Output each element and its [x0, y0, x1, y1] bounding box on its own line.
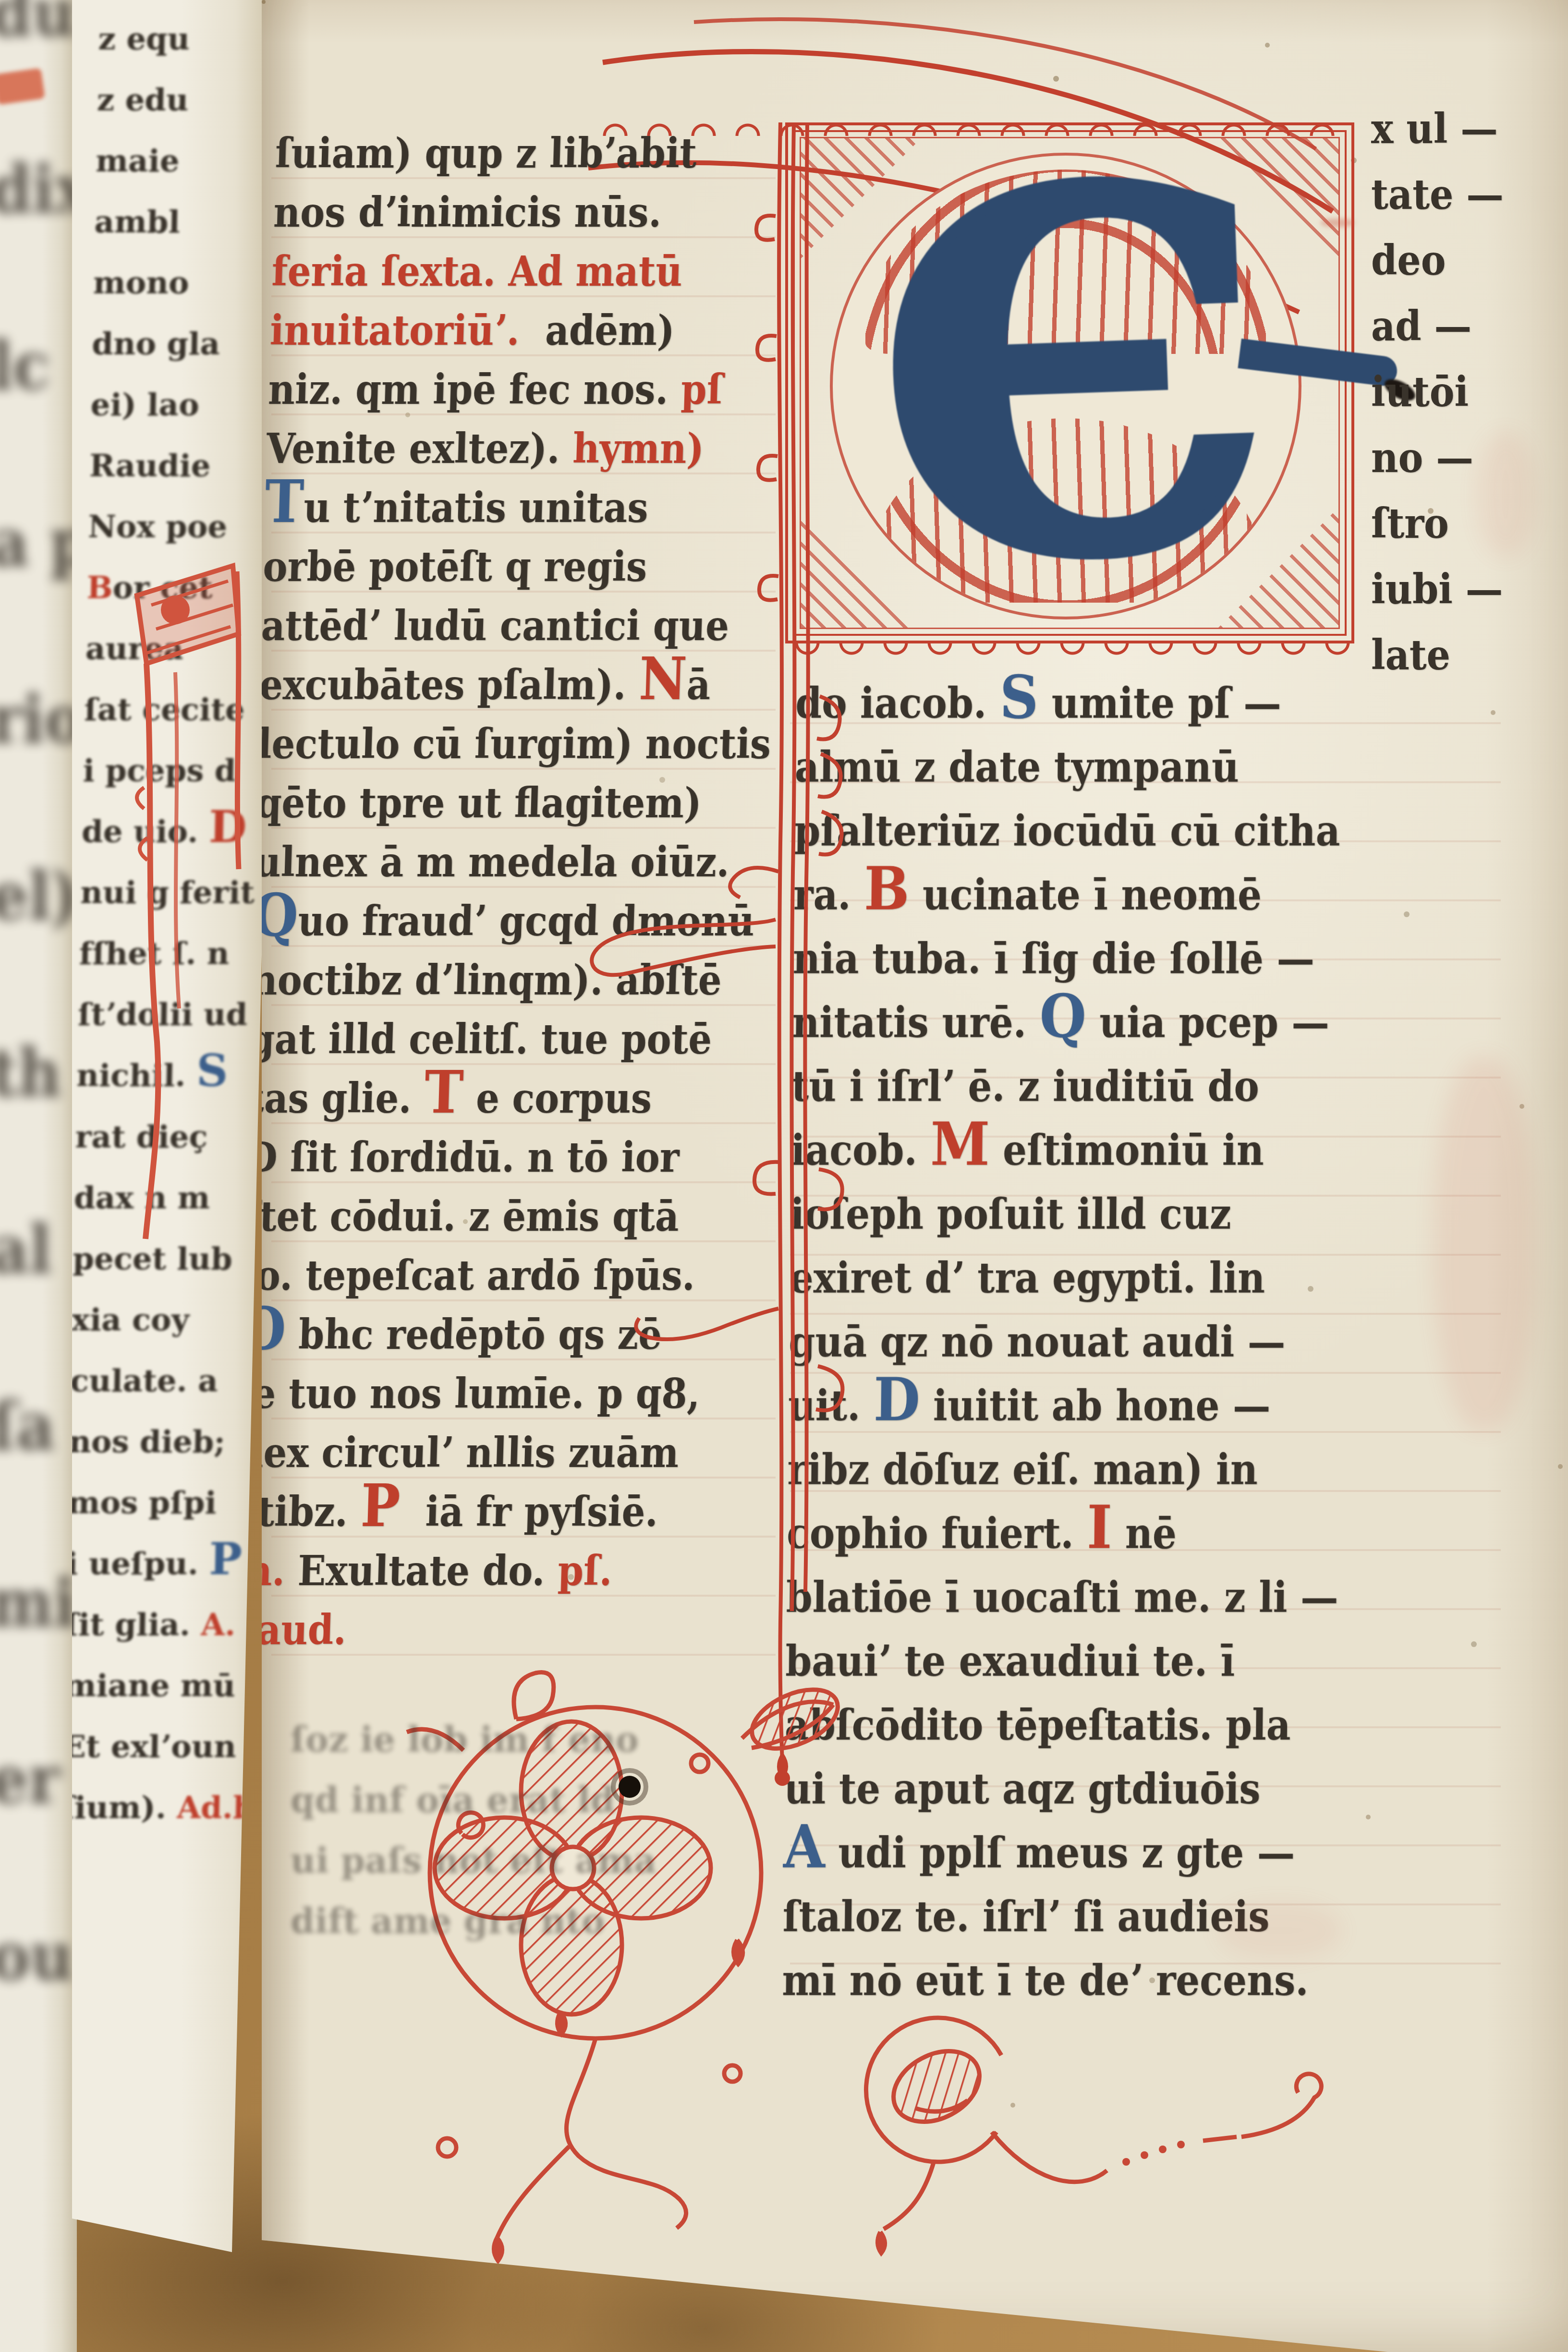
- text-line: x ul —: [1371, 94, 1525, 165]
- illuminated-initial-block: Є: [785, 122, 1354, 643]
- text-line: ad —: [1371, 291, 1525, 362]
- text-line: cophio fuiert. I nē: [786, 1499, 1476, 1568]
- red-offset-stain: [1434, 1056, 1534, 1431]
- text-line: ribz dōſuz eiſ. man) in: [787, 1435, 1477, 1504]
- text-line: nos dieb;: [68, 1411, 247, 1472]
- initial-frame-outer: Є: [785, 122, 1354, 643]
- right-text-column: do iacob. S umite pſ —almū z date tympan…: [782, 671, 1507, 2013]
- red-offset-stain: [1321, 218, 1354, 227]
- ghost-showthrough-text: ſoz ie lob im f enoqd inf oīa erat ldui …: [291, 1709, 747, 1952]
- text-line: z edu: [97, 70, 276, 131]
- text-line: culate. a: [70, 1350, 249, 1411]
- initial-frame-inner: Є: [800, 137, 1340, 629]
- text-line: exiret dʼ tra egypti. lin: [789, 1244, 1479, 1313]
- text-line: ſoz ie lob im f eno: [291, 1709, 747, 1770]
- text-line: uit. D iuitit ab hone —: [788, 1371, 1478, 1441]
- text-line: ui te aput aqz gtdiuōis: [784, 1755, 1474, 1824]
- text-line: Et exlʼoun: [62, 1716, 241, 1777]
- text-line: iubi —: [1371, 554, 1525, 625]
- text-line: nia tuba. ī ſig die ſollē —: [792, 924, 1483, 994]
- initial-frame-middle: Є: [793, 130, 1347, 636]
- scroll-ornament: [838, 1988, 1366, 2257]
- text-line: ſtaloz te. iſrlʼ ſi audieis: [782, 1882, 1472, 1952]
- text-line: iutōi: [1371, 357, 1525, 428]
- text-line: abſcōdito tēpeſtatis. pla: [784, 1691, 1474, 1760]
- text-line: miane mū: [63, 1655, 243, 1716]
- text-line: qd inf oīa erat ld: [291, 1770, 747, 1831]
- text-line: mono: [93, 253, 272, 314]
- text-line: ei) lao: [90, 375, 269, 436]
- text-line: i ueſpu. P: [66, 1533, 245, 1594]
- text-line: ioſeph poſuit illd cuz: [790, 1180, 1480, 1249]
- text-line: tate —: [1371, 159, 1525, 230]
- red-offset-stain: [1477, 432, 1534, 557]
- text-line: A udi pplſ meus z gte —: [783, 1819, 1473, 1888]
- initial-letter-E: Є: [800, 87, 1348, 663]
- text-line: Raudie: [89, 436, 268, 497]
- text-line: dift ame gra nto: [291, 1891, 747, 1952]
- text-line: tū i iſrlʼ ē. z iuditiū do: [791, 1052, 1481, 1121]
- text-line: deo: [1371, 225, 1525, 296]
- text-line: z equ: [97, 9, 277, 70]
- text-line: bauiʼ te exaudiui te. ī: [785, 1627, 1475, 1696]
- text-line: do iacob. S umite pſ —: [795, 669, 1485, 738]
- text-line: blatiōe ī uocaſti me. z li —: [786, 1563, 1476, 1632]
- previous-leaf: z equz edumaieamblmonodno glaei) laoRaud…: [72, 0, 281, 2352]
- text-line: nitatis urē. Q uia pcep —: [792, 988, 1482, 1057]
- gutter-flourish: [569, 122, 838, 1789]
- text-line: ra. B ucinate ī neomē: [793, 861, 1483, 930]
- text-line: ſit glia. A.: [64, 1594, 243, 1655]
- text-line: iacob. M eſtimoniū in: [790, 1116, 1481, 1185]
- manuscript-photo: duzdixlca prioel)thalſamierou z equz edu…: [0, 0, 1568, 2352]
- initial-side-column: x ul —tate —deoad —iutōino —ſtroiubi —la…: [1371, 96, 1530, 688]
- main-page: ſuiam) qup z libʼabitnos dʼinimicis nūs.…: [262, 0, 1568, 2352]
- red-offset-stain: [1217, 1902, 1342, 1959]
- text-line: xia coy: [71, 1289, 250, 1350]
- text-line: ſium). Ad.bū: [61, 1777, 240, 1838]
- text-line: mos pſpi: [67, 1472, 246, 1533]
- text-line: maie: [95, 131, 274, 192]
- text-line: ui paſs not eſt ama: [291, 1831, 747, 1891]
- text-line: ambl: [94, 192, 273, 253]
- text-line: almū z date tympanū: [794, 733, 1484, 802]
- red-banner-ornament: [118, 538, 276, 1258]
- parchment-specks: [262, 0, 266, 4]
- text-line: dno gla: [91, 314, 270, 375]
